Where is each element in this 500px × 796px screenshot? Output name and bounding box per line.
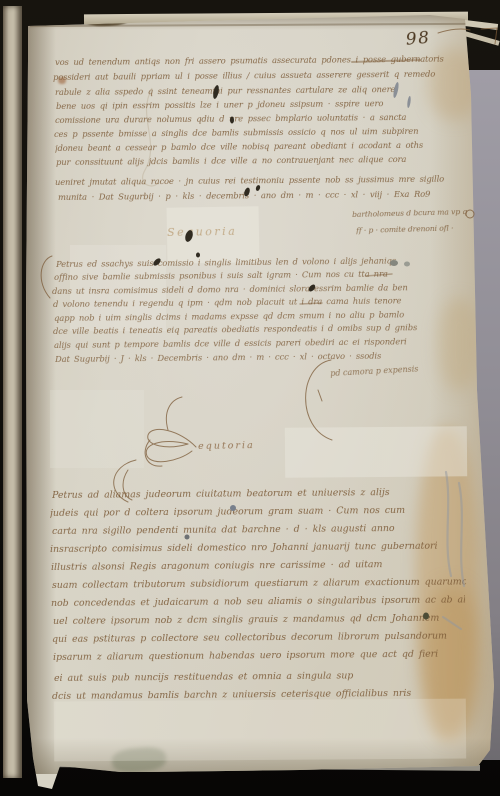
manuscript-line: bene uos qi ipin essrim possitis lze i u… (56, 98, 383, 111)
water-stain (438, 298, 480, 390)
manuscript-line: Petrus ed ssachys suis comissio i singli… (56, 255, 396, 269)
folio-number: 98 (405, 28, 431, 50)
manuscript-line: munita · Dat Sugurbij · p · kls · decemb… (58, 189, 430, 202)
repair-patch (54, 699, 466, 762)
manuscript-line: qui eas pstituras p collectore seu colle… (52, 631, 447, 645)
manuscript-line: ueniret jmutat aliqua racoe · jn cuius r… (55, 174, 444, 187)
repair-patch (50, 390, 144, 468)
manuscript-line: Petrus ad aliamas judeorum ciuitatum bea… (52, 487, 390, 501)
manuscript-photo: 98 vos ud tenendum antiqs non fri assero… (0, 0, 500, 796)
manuscript-line: judeis qui por d coltera ipsorum judeoru… (50, 505, 405, 519)
manuscript-line: illustris alsonsi Regis aragonum coniugi… (51, 559, 382, 573)
manuscript-line: pur conssituunt alijs jdcis bamlis i dce… (56, 154, 406, 167)
manuscript-line: carta nra sigillo pendenti munita dat ba… (52, 523, 395, 537)
manuscript-line: ces p pssente bmisse a singlis dce bamli… (54, 126, 418, 139)
manuscript-line: offino sive bamlie submissis psonibus i … (54, 269, 388, 282)
repair-patch (285, 426, 467, 478)
manuscript-page: 98 vos ud tenendum antiqs non fri assero… (0, 0, 500, 796)
manuscript-line: ei aut suis pub nuncijs restituendas et … (54, 670, 353, 684)
entry-rubric: Seguoria (167, 225, 237, 239)
manuscript-line: jdoneu beant a cessear p bamlo dce ville… (55, 140, 423, 153)
facing-page-edge (3, 6, 22, 778)
manuscript-line: uel coltere ipsorum nob z dcm singlis gr… (53, 613, 439, 627)
manuscript-line: nob concedendas et judaicarum a nob seu … (51, 594, 465, 609)
manuscript-line: suam collectam tributorum subsidiorum qu… (52, 576, 466, 591)
manuscript-line: rabule z alia sspedo q ssint teneamini p… (55, 84, 395, 97)
manuscript-line: possideri aut bauili ppriam ul i posse i… (53, 69, 435, 82)
manuscript-line: Dat Sugurbij · J · kls · Decembris · ano… (55, 351, 381, 364)
entry-rubric: equtoria (198, 440, 255, 452)
manuscript-line: ipsarum z aliarum questionum habendas ue… (53, 649, 438, 663)
manuscript-line: alijs qui sunt p tempore bamlis dce vill… (54, 336, 407, 350)
manuscript-line: comissione ura durare nolumus qdiu d ure… (55, 112, 406, 125)
manuscript-line: insrascripto comisimus sideli domestico … (50, 541, 438, 555)
chamber-note: pd camora p expensis (330, 364, 419, 378)
manuscript-line: vos ud tenendum antiqs non fri assero ps… (55, 54, 444, 67)
